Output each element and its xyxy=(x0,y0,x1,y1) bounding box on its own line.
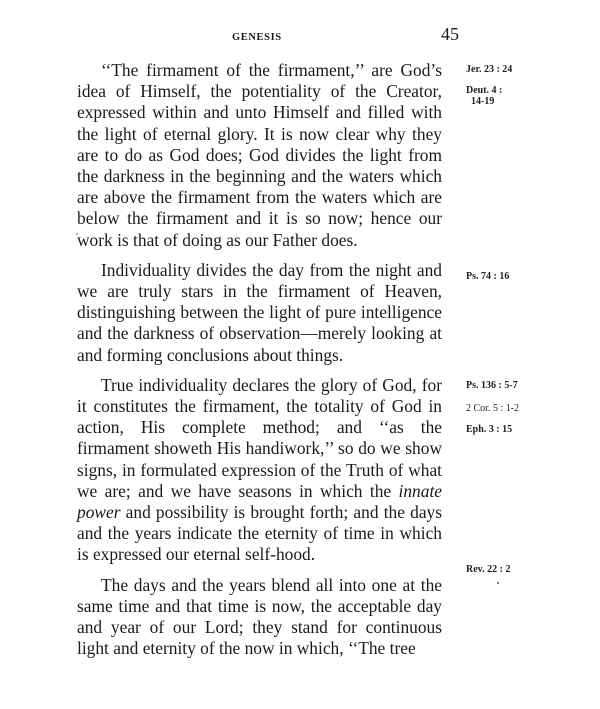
margin-note-2cor: 2 Cor. 5 : 1-2 xyxy=(466,403,519,414)
page-number: 45 xyxy=(441,24,459,45)
page-header: GENESIS 45 xyxy=(0,24,600,48)
paragraph-text: ‘‘The firmament of the firmament,’’ are … xyxy=(77,60,442,250)
speck-mark xyxy=(76,233,78,235)
body-text: ‘‘The firmament of the firmament,’’ are … xyxy=(77,60,442,668)
margin-note-eph: Eph. 3 : 15 xyxy=(466,424,512,435)
paragraph-text: Individuality divides the day from the n… xyxy=(77,260,442,365)
margin-note-rev: Rev. 22 : 2 xyxy=(466,564,510,575)
margin-note-ps136: Ps. 136 : 5-7 xyxy=(466,380,518,391)
paragraph-1: ‘‘The firmament of the firmament,’’ are … xyxy=(77,60,442,251)
margin-note-jer: Jer. 23 : 24 xyxy=(466,64,512,75)
paragraph-2: Individuality divides the day from the n… xyxy=(77,260,442,366)
speck-mark xyxy=(497,582,499,584)
running-head: GENESIS xyxy=(232,32,282,43)
paragraph-4: The days and the years blend all into on… xyxy=(77,575,442,660)
paragraph-text: True individuality declares the glory of… xyxy=(77,375,442,501)
paragraph-3: True individuality declares the glory of… xyxy=(77,375,442,566)
paragraph-text: The days and the years blend all into on… xyxy=(77,575,442,659)
paragraph-text: and possibility is brought forth; and th… xyxy=(77,502,442,564)
margin-note-deut: Deut. 4 : 14-19 xyxy=(466,85,502,107)
margin-note-ps74: Ps. 74 : 16 xyxy=(466,271,509,282)
